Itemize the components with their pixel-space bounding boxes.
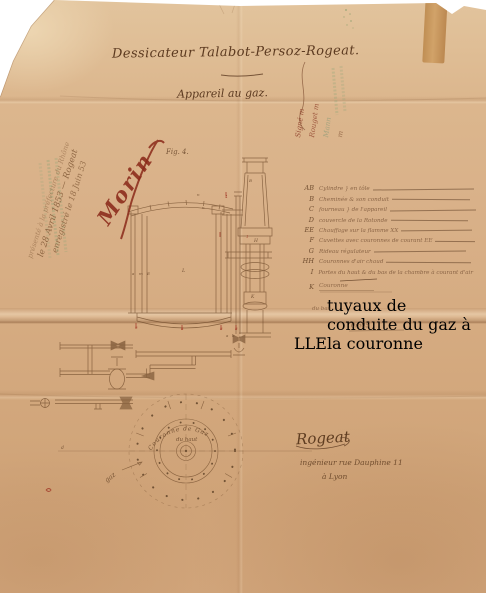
legend-row: HH Couronnes d'air chaud (294, 255, 471, 265)
legend-letter: AB (294, 184, 319, 192)
paper-sheet: Fig. 4. Couronne de Gaz du haut gaz nnam… (0, 0, 486, 593)
annotation-name: Mann (322, 117, 333, 138)
scale-note: 0m05 (349, 321, 404, 332)
legend-rule-line (391, 220, 468, 222)
plan-gaz-label: gaz (103, 470, 117, 484)
drawing-label: b (232, 333, 235, 338)
legend-letter: F (294, 236, 319, 244)
plan-sub-label: du haut (176, 437, 198, 443)
drawing-label: L (181, 268, 186, 274)
legend-text: Couronne (319, 283, 374, 291)
signature-block: Rogeat ingénieur rue Dauphine 11 à Lyon (296, 428, 350, 447)
legend-row: EE Chauffage sur la flamme XX (294, 224, 472, 234)
legend-text: Cylindre } en tôle (319, 186, 373, 192)
drawing-label: d (61, 445, 64, 451)
legend-row: I Portes du haut & du bas de la chambre … (294, 265, 476, 275)
signature-address: ingénieur rue Dauphine 11 (300, 458, 403, 467)
legend-text: Rideau régulateur (319, 249, 374, 255)
tape-strip (422, 0, 447, 64)
page-subtitle: Appareil au gaz. (177, 86, 268, 101)
legend-rule-line (435, 241, 475, 242)
drawing-label: E (146, 271, 150, 276)
legend-letter: C (294, 205, 319, 213)
legend-rule-line (390, 209, 476, 211)
legend-rule-line (401, 230, 472, 232)
red-ink-marks (46, 192, 236, 492)
drawing-label: a (226, 333, 229, 338)
legend-row: AB Cylindre } en tôle (294, 182, 474, 192)
legend-row: G Rideau régulateur (294, 244, 466, 254)
annotation-name: Signé m (294, 108, 306, 138)
gas-crown-plan (58, 394, 312, 508)
drawing-label: K (250, 294, 255, 300)
legend-letter: EE (294, 226, 319, 234)
drawing-label: 8 (235, 326, 238, 331)
legend-divider-line (340, 279, 377, 281)
legend-row-k: K Couronne (294, 283, 374, 291)
legend-letter: B (294, 195, 319, 203)
drawing-label: H (253, 238, 258, 244)
legend-row: C fourneau } de l'appareil (294, 203, 476, 213)
legend-letter: D (294, 216, 319, 224)
legend-rule-line (373, 188, 474, 190)
drawing-label: 8 (135, 325, 138, 330)
signature-city: à Lyon (322, 472, 347, 481)
legend-sub-note: du bas (312, 306, 330, 312)
fig-label: Fig. 4. (165, 148, 189, 156)
parts-legend: AB Cylindre } en tôle B Cheminée & son c… (294, 182, 478, 276)
drawing-label: 1 (246, 234, 249, 239)
legend-text: couvercle de la Rotonde (319, 218, 391, 224)
legend-rule-line (374, 251, 466, 253)
drawing-label: 8 (220, 326, 223, 331)
names-annotation: Signé m Rouget m Mann m (294, 58, 366, 138)
legend-text: Portes du haut & du bas de la chambre à … (318, 270, 476, 276)
legend-text: fourneau } de l'appareil (319, 207, 390, 213)
drawing-label: a (132, 271, 135, 276)
drawing-label: B (248, 178, 252, 183)
drawing-label: 4 (224, 194, 228, 199)
legend-letter: LLE (294, 334, 327, 353)
legend-row: D couvercle de la Rotonde (294, 213, 468, 223)
drawing-label: n (202, 205, 205, 210)
legend-text: Cuvettes avec couronnes de courant EE (319, 238, 435, 244)
scanned-drawing-page: Fig. 4. Couronne de Gaz du haut gaz nnam… (0, 0, 486, 593)
title-underline (221, 74, 263, 76)
signature-name: Rogeat (296, 428, 351, 449)
legend-letter: I (294, 268, 318, 276)
legend-letter: K (294, 283, 319, 291)
drawing-letter-labels: nnamELBHKabd888814 (61, 178, 258, 451)
drawing-label: n (197, 192, 200, 197)
annotation-name: m (336, 130, 345, 138)
legend-row: B Cheminée & son conduit (294, 192, 470, 202)
green-stamp-marks (343, 9, 353, 29)
legend-row: F Cuvettes avec couronnes de courant EE (294, 234, 475, 244)
drawing-label: 8 (181, 326, 184, 331)
drawing-label: m (139, 271, 143, 276)
legend-text: Chauffage sur la flamme XX (319, 228, 401, 234)
annotation-name: Rouget m (308, 103, 321, 138)
legend-text: Couronnes d'air chaud (319, 259, 386, 265)
legend-rule-line (392, 199, 470, 201)
legend-rule-line (386, 261, 471, 263)
legend-text: Cheminée & son conduit (319, 197, 392, 203)
legend-letter: G (294, 247, 319, 255)
legend-letter: HH (294, 257, 319, 265)
